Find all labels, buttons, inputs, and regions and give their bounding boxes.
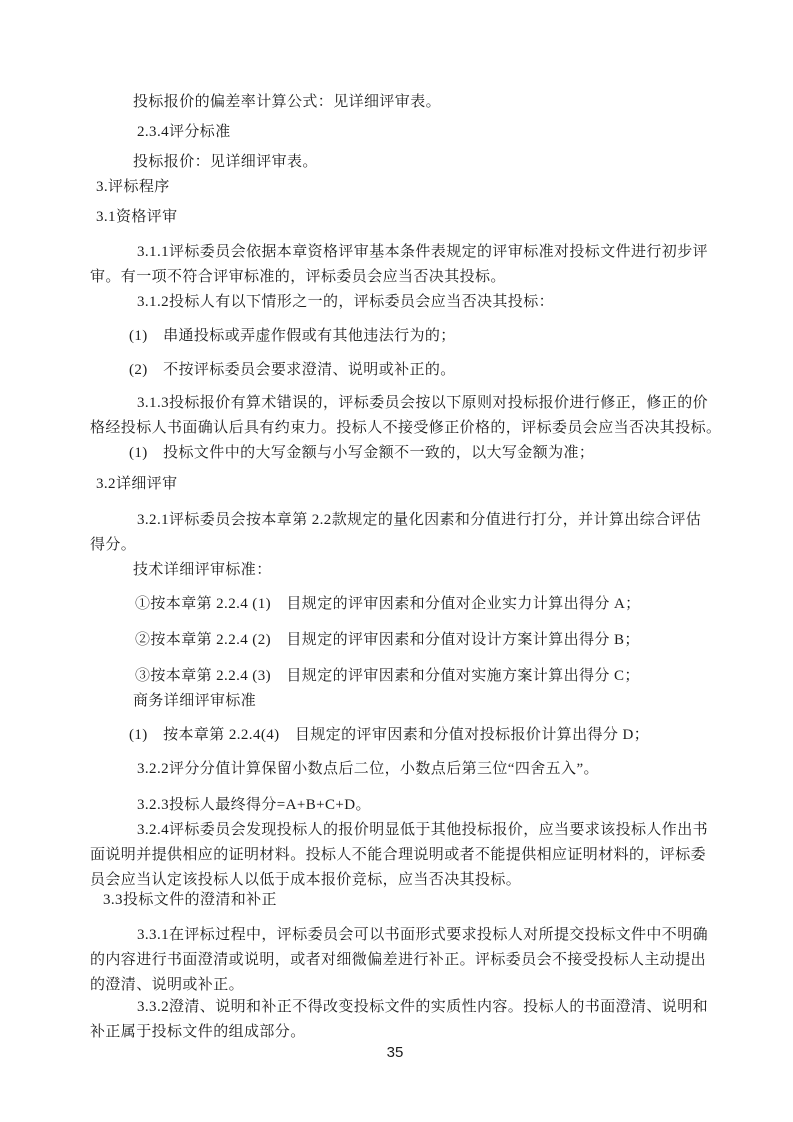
para-3-1-2-reject-conditions: 3.1.2投标人有以下情形之一的，评标委员会应当否决其投标：	[137, 290, 703, 315]
para-3-2-1-line1: 3.2.1评标委员会按本章第 2.2款规定的量化因素和分值进行打分，并计算出综合…	[137, 508, 703, 533]
label-commercial-review-criteria: 商务详细评审标准	[133, 689, 703, 714]
para-3-1-1-line1: 3.1.1评标委员会依据本章资格评审基本条件表规定的评审标准对投标文件进行初步评	[137, 240, 703, 265]
para-bid-price-see-detail-table: 投标报价：见详细评审表。	[133, 150, 703, 175]
para-3-1-1-line2: 审。有一项不符合评审标准的，评标委员会应当否决其投标。	[90, 265, 703, 290]
para-bid-price-deviation-formula: 投标报价的偏差率计算公式：见详细评审表。	[133, 90, 703, 115]
heading-3-2-detailed-review: 3.2详细评审	[96, 472, 703, 497]
para-3-3-1-line2: 的内容进行书面澄清或说明，或者对细微偏差进行补正。评标委员会不接受投标人主动提出	[90, 948, 703, 973]
item-1-bid-price-score-d: (1) 按本章第 2.2.4(4) 目规定的评审因素和分值对投标报价计算出得分 …	[129, 723, 703, 748]
para-3-2-1-line2: 得分。	[90, 533, 703, 558]
para-3-1-3-line2: 格经投标人书面确认后具有约束力。投标人不接受修正价格的，评标委员会应当否决其投标…	[90, 416, 703, 441]
para-3-1-3-line1: 3.1.3投标报价有算术错误的，评标委员会按以下原则对投标报价进行修正，修正的价	[137, 391, 703, 416]
para-3-3-2-line1: 3.3.2澄清、说明和补正不得改变投标文件的实质性内容。投标人的书面澄清、说明和	[137, 995, 703, 1020]
list-item-2-refuse-clarification: (2) 不按评标委员会要求澄清、说明或补正的。	[129, 358, 703, 383]
heading-2-3-4-scoring-criteria: 2.3.4评分标准	[137, 120, 703, 145]
para-3-2-3-final-score-formula: 3.2.3投标人最终得分=A+B+C+D。	[137, 793, 703, 818]
list-item-1-collusion-fraud: (1) 串通投标或弄虚作假或有其他违法行为的；	[129, 324, 703, 349]
para-3-2-2-rounding-rule: 3.2.2评分分值计算保留小数点后二位，小数点后第三位“四舍五入”。	[137, 757, 703, 782]
item-circled-2-design-scheme-score-b: ②按本章第 2.2.4 (2) 目规定的评审因素和分值对设计方案计算出得分 B；	[135, 628, 703, 653]
para-3-3-1-line1: 3.3.1在评标过程中，评标委员会可以书面形式要求投标人对所提交投标文件中不明确	[137, 923, 703, 948]
heading-3-1-qualification-review: 3.1资格评审	[96, 205, 703, 230]
list-item-1-amount-discrepancy: (1) 投标文件中的大写金额与小写金额不一致的，以大写金额为准；	[129, 441, 703, 466]
para-3-2-4-line2: 面说明并提供相应的证明材料。投标人不能合理说明或者不能提供相应证明材料的，评标委	[90, 843, 703, 868]
item-circled-3-implementation-scheme-score-c: ③按本章第 2.2.4 (3) 目规定的评审因素和分值对实施方案计算出得分 C；	[135, 664, 703, 689]
heading-3-evaluation-procedure: 3.评标程序	[96, 175, 703, 200]
document-page: 投标报价的偏差率计算公式：见详细评审表。 2.3.4评分标准 投标报价：见详细评…	[0, 0, 793, 1122]
para-3-2-4-line1: 3.2.4评标委员会发现投标人的报价明显低于其他投标报价，应当要求该投标人作出书	[137, 818, 703, 843]
item-circled-1-enterprise-strength-score-a: ①按本章第 2.2.4 (1) 目规定的评审因素和分值对企业实力计算出得分 A；	[135, 592, 703, 617]
label-technical-review-criteria: 技术详细评审标准：	[133, 558, 703, 583]
